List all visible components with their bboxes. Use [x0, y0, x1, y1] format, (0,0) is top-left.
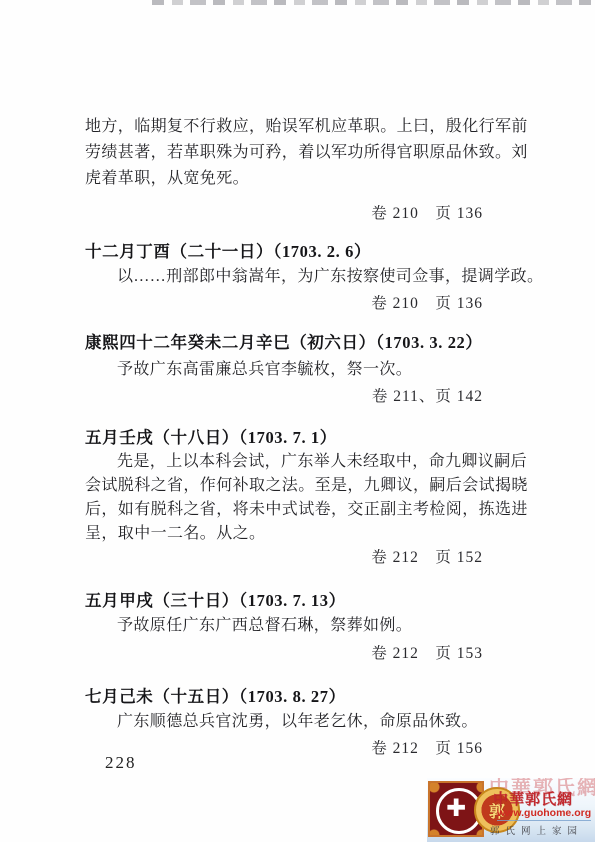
paragraph-line: 劳绩甚著，若革职殊为可矜，着以军功所得官职原品休致。刘: [85, 140, 515, 165]
entry-date-heading: 五月甲戌（三十日）（1703. 7. 13）: [85, 587, 515, 611]
entry-date-heading: 五月壬戌（十八日）（1703. 7. 1）: [85, 424, 515, 448]
paragraph-line: 以……刑部郎中翁嵩年，为广东按察使司佥事，提调学政。: [85, 264, 547, 289]
entry-date-heading: 七月己未（十五日）（1703. 8. 27）: [85, 683, 515, 707]
paragraph-line: 会试脱科之省，作何补取之法。至是，九卿议，嗣后会试揭晓: [85, 473, 515, 498]
cut-off-header-fragments: [152, 0, 592, 5]
paragraph-line: 地方，临期复不行救应，贻误军机应革职。上曰，殷化行军前: [85, 114, 515, 139]
paragraph-line: 呈，取中一二名。从之。: [85, 521, 515, 546]
paragraph-line: 后，如有脱科之省，将未中式试卷，交正副主考检阅，拣选进: [85, 497, 515, 522]
volume-page-reference: 卷 212 页 152: [85, 545, 483, 567]
paragraph-line: 予故广东高雷廉总兵官李毓枚，祭一次。: [85, 357, 547, 382]
entry-date-heading: 十二月丁酉（二十一日）（1703. 2. 6）: [85, 238, 515, 262]
page-number: 228: [105, 753, 137, 773]
watermark-site-name: 中華郭氏網: [493, 788, 573, 809]
paragraph-line: 予故原任广东广西总督石琳，祭葬如例。: [85, 613, 547, 638]
volume-page-reference: 卷 211、页 142: [85, 384, 483, 406]
volume-page-reference: 卷 212 页 156: [85, 736, 483, 758]
watermark-url: www.guohome.org: [497, 807, 591, 821]
paragraph-line: 先是，上以本科会试，广东举人未经取中，命九卿议嗣后: [85, 449, 547, 474]
watermark-slogan: 郭氏网上家园: [490, 823, 583, 837]
scanned-book-page: 地方，临期复不行救应，贻误军机应革职。上曰，殷化行军前 劳绩甚著，若革职殊为可矜…: [0, 0, 595, 842]
paragraph-line: 广东顺德总兵官沈勇，以年老乞休，命原品休致。: [85, 709, 547, 734]
volume-page-reference: 卷 210 页 136: [85, 201, 483, 223]
guohome-watermark: 中華郭氏網 ✚ 郭 中華郭氏網 www.guohome.org 郭氏网上家园: [427, 778, 595, 842]
entry-date-heading: 康熙四十二年癸未二月辛巳（初六日）（1703. 3. 22）: [85, 329, 515, 353]
volume-page-reference: 卷 210 页 136: [85, 291, 483, 313]
volume-page-reference: 卷 212 页 153: [85, 641, 483, 663]
paragraph-line: 虎着革职，从宽免死。: [85, 166, 515, 191]
